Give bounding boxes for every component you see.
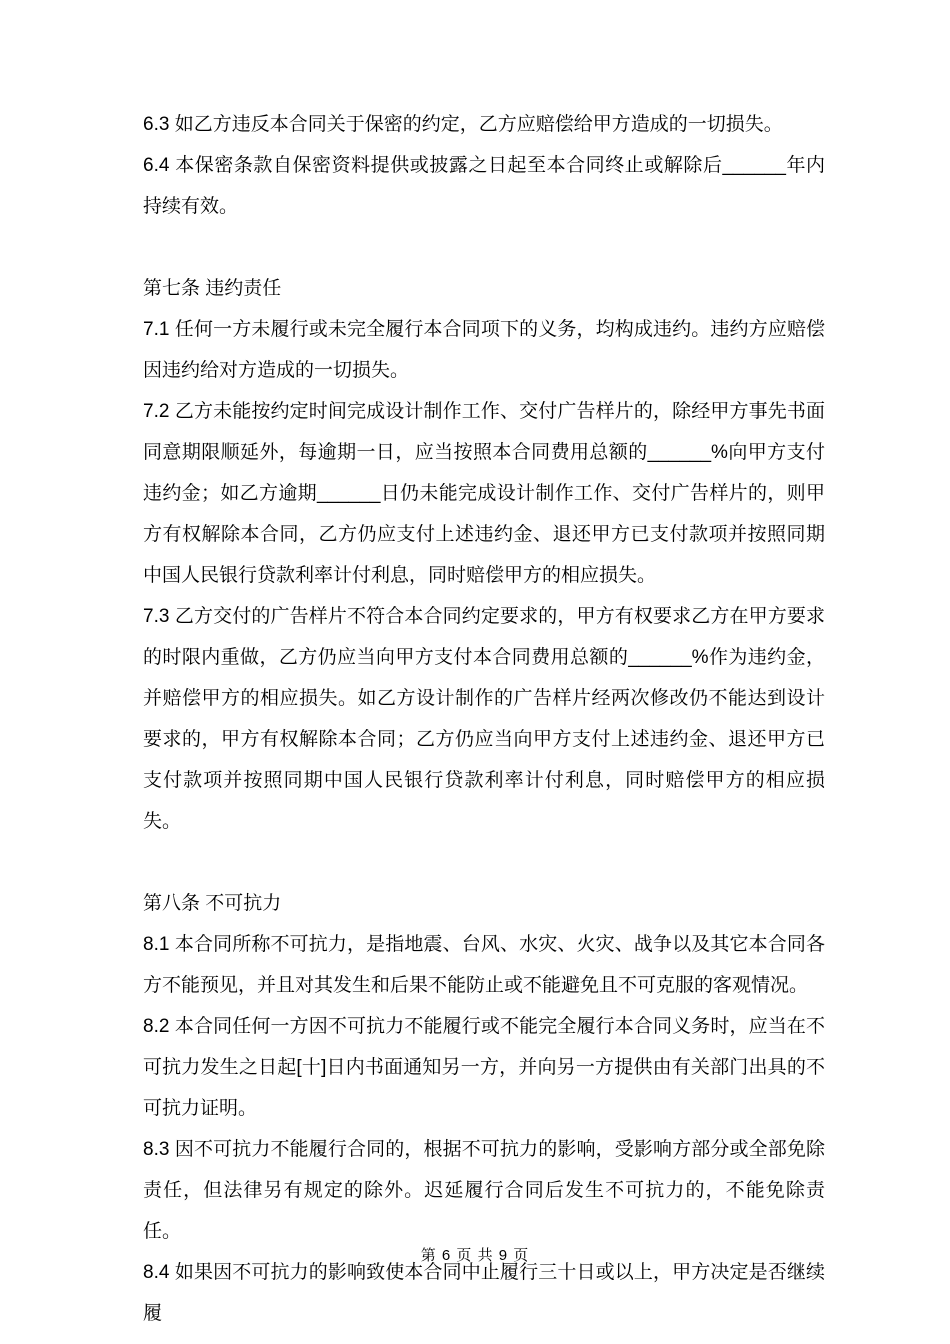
clause-7-2: 7.2 乙方未能按约定时间完成设计制作工作、交付广告样片的，除经甲方事先书面同意… — [143, 391, 825, 596]
section-heading-7: 第七条 违约责任 — [143, 268, 825, 309]
clause-8-1: 8.1 本合同所称不可抗力，是指地震、台风、水灾、火灾、战争以及其它本合同各方不… — [143, 924, 825, 1006]
clause-6-3: 6.3 如乙方违反本合同关于保密的约定，乙方应赔偿给甲方造成的一切损失。 — [143, 104, 825, 145]
section-heading-8: 第八条 不可抗力 — [143, 883, 825, 924]
clause-8-3: 8.3 因不可抗力不能履行合同的，根据不可抗力的影响，受影响方部分或全部免除责任… — [143, 1129, 825, 1252]
clause-7-3: 7.3 乙方交付的广告样片不符合本合同约定要求的，甲方有权要求乙方在甲方要求的时… — [143, 596, 825, 842]
clause-6-4: 6.4 本保密条款自保密资料提供或披露之日起至本合同终止或解除后______年内… — [143, 145, 825, 227]
clause-7-1: 7.1 任何一方未履行或未完全履行本合同项下的义务，均构成违约。违约方应赔偿因违… — [143, 309, 825, 391]
page-number-footer: 第 6 页 共 9 页 — [0, 1246, 950, 1266]
contract-document-page: 6.3 如乙方违反本合同关于保密的约定，乙方应赔偿给甲方造成的一切损失。 6.4… — [143, 104, 825, 1334]
clause-8-2: 8.2 本合同任何一方因不可抗力不能履行或不能完全履行本合同义务时，应当在不可抗… — [143, 1006, 825, 1129]
